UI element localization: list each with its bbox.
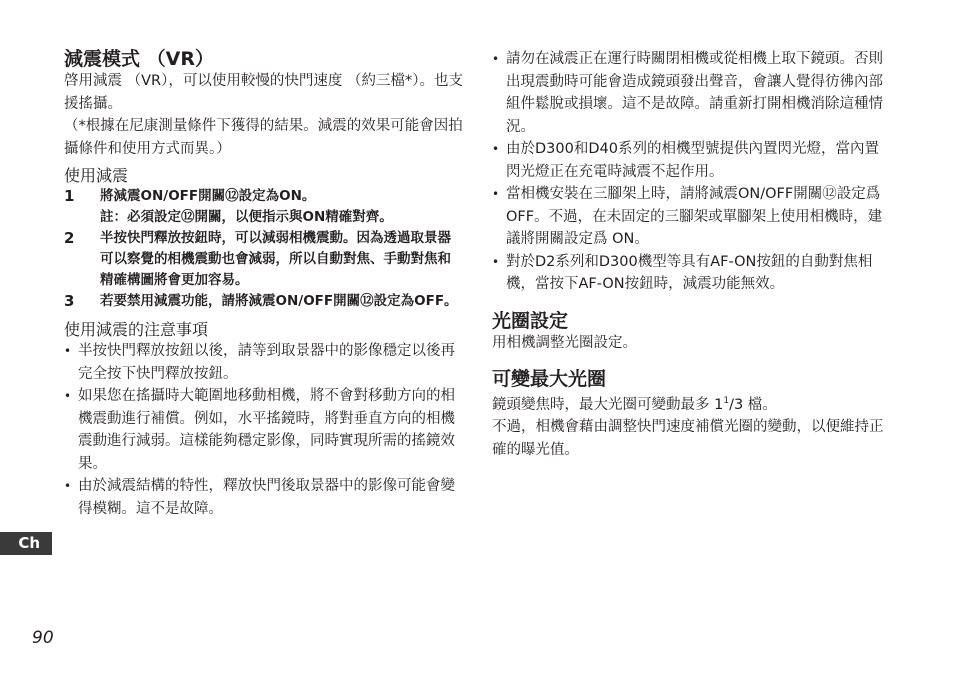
intro-paragraph: 啓用減震 （VR），可以使用較慢的快門速度 （約三檔*）。也支援搖攝。	[64, 70, 464, 115]
intro-footnote: （*根據在尼康測量條件下獲得的結果。減震的效果可能會因拍攝條件和使用方式而異。）	[64, 115, 464, 160]
step-number: 3	[64, 291, 100, 312]
step-1: 1 將減震ON/OFF開關⑫設定為ON。 註：必須設定⑫開關，以便指示與ON精確…	[64, 186, 464, 228]
step-number: 1	[64, 186, 100, 228]
list-item: 對於D2系列和D300機型等具有AF-ON按鈕的自動對焦相機，當按下AF-ON按…	[492, 251, 892, 296]
list-item: 半按快門釋放按鈕以後，請等到取景器中的影像穩定以後再完全按下快門釋放按鈕。	[64, 340, 464, 385]
step-text: 將減震ON/OFF開關⑫設定為ON。	[100, 186, 464, 207]
aperture-text: 用相機調整光圈設定。	[492, 332, 892, 355]
vr-title: 減震模式 （VR）	[64, 48, 464, 70]
step-number: 2	[64, 228, 100, 291]
use-vr-heading: 使用減震	[64, 166, 464, 186]
page-number: 90	[32, 628, 54, 648]
aperture-heading: 光圈設定	[492, 310, 892, 332]
list-item: 如果您在搖攝時大範圍地移動相機，將不會對移動方向的相機震動進行補償。例如，水平搖…	[64, 385, 464, 475]
list-item: 當相機安裝在三腳架上時，請將減震ON/OFF開關⑫設定爲OFF。不過，在未固定的…	[492, 183, 892, 251]
step-note: 註：必須設定⑫開關，以便指示與ON精確對齊。	[100, 207, 464, 228]
left-column: 減震模式 （VR） 啓用減震 （VR），可以使用較慢的快門速度 （約三檔*）。也…	[64, 48, 464, 520]
text-part: /3 檔。	[729, 397, 777, 413]
variable-aperture-line1: 鏡頭變焦時，最大光圈可變動最多 11/3 檔。	[492, 390, 892, 416]
step-2: 2 半按快門釋放按鈕時，可以減弱相機震動。因為透過取景器可以察覺的相機震動也會減…	[64, 228, 464, 291]
vr-notes-continued: 請勿在減震正在運行時關閉相機或從相機上取下鏡頭。否則出現震動時可能會造成鏡頭發出…	[492, 48, 892, 296]
vr-notes-list: 半按快門釋放按鈕以後，請等到取景器中的影像穩定以後再完全按下快門釋放按鈕。 如果…	[64, 340, 464, 520]
list-item: 由於D300和D40系列的相機型號提供內置閃光燈，當內置閃光燈正在充電時減震不起…	[492, 138, 892, 183]
step-text: 若要禁用減震功能，請將減震ON/OFF開關⑫設定為OFF。	[100, 291, 464, 312]
step-text: 半按快門釋放按鈕時，可以減弱相機震動。因為透過取景器可以察覺的相機震動也會減弱，…	[100, 228, 464, 291]
variable-aperture-heading: 可變最大光圈	[492, 368, 892, 390]
list-item: 由於減震結構的特性，釋放快門後取景器中的影像可能會變得模糊。這不是故障。	[64, 475, 464, 520]
steps-list: 1 將減震ON/OFF開關⑫設定為ON。 註：必須設定⑫開關，以便指示與ON精確…	[64, 186, 464, 312]
language-tab-badge: Ch	[0, 532, 52, 555]
right-column: 請勿在減震正在運行時關閉相機或從相機上取下鏡頭。否則出現震動時可能會造成鏡頭發出…	[492, 48, 892, 461]
list-item: 請勿在減震正在運行時關閉相機或從相機上取下鏡頭。否則出現震動時可能會造成鏡頭發出…	[492, 48, 892, 138]
text-part: 鏡頭變焦時，最大光圈可變動最多 1	[492, 397, 723, 413]
step-3: 3 若要禁用減震功能，請將減震ON/OFF開關⑫設定為OFF。	[64, 291, 464, 312]
vr-notes-heading: 使用減震的注意事項	[64, 320, 464, 340]
variable-aperture-line2: 不過，相機會藉由調整快門速度補償光圈的變動，以便維持正確的曝光值。	[492, 416, 892, 461]
